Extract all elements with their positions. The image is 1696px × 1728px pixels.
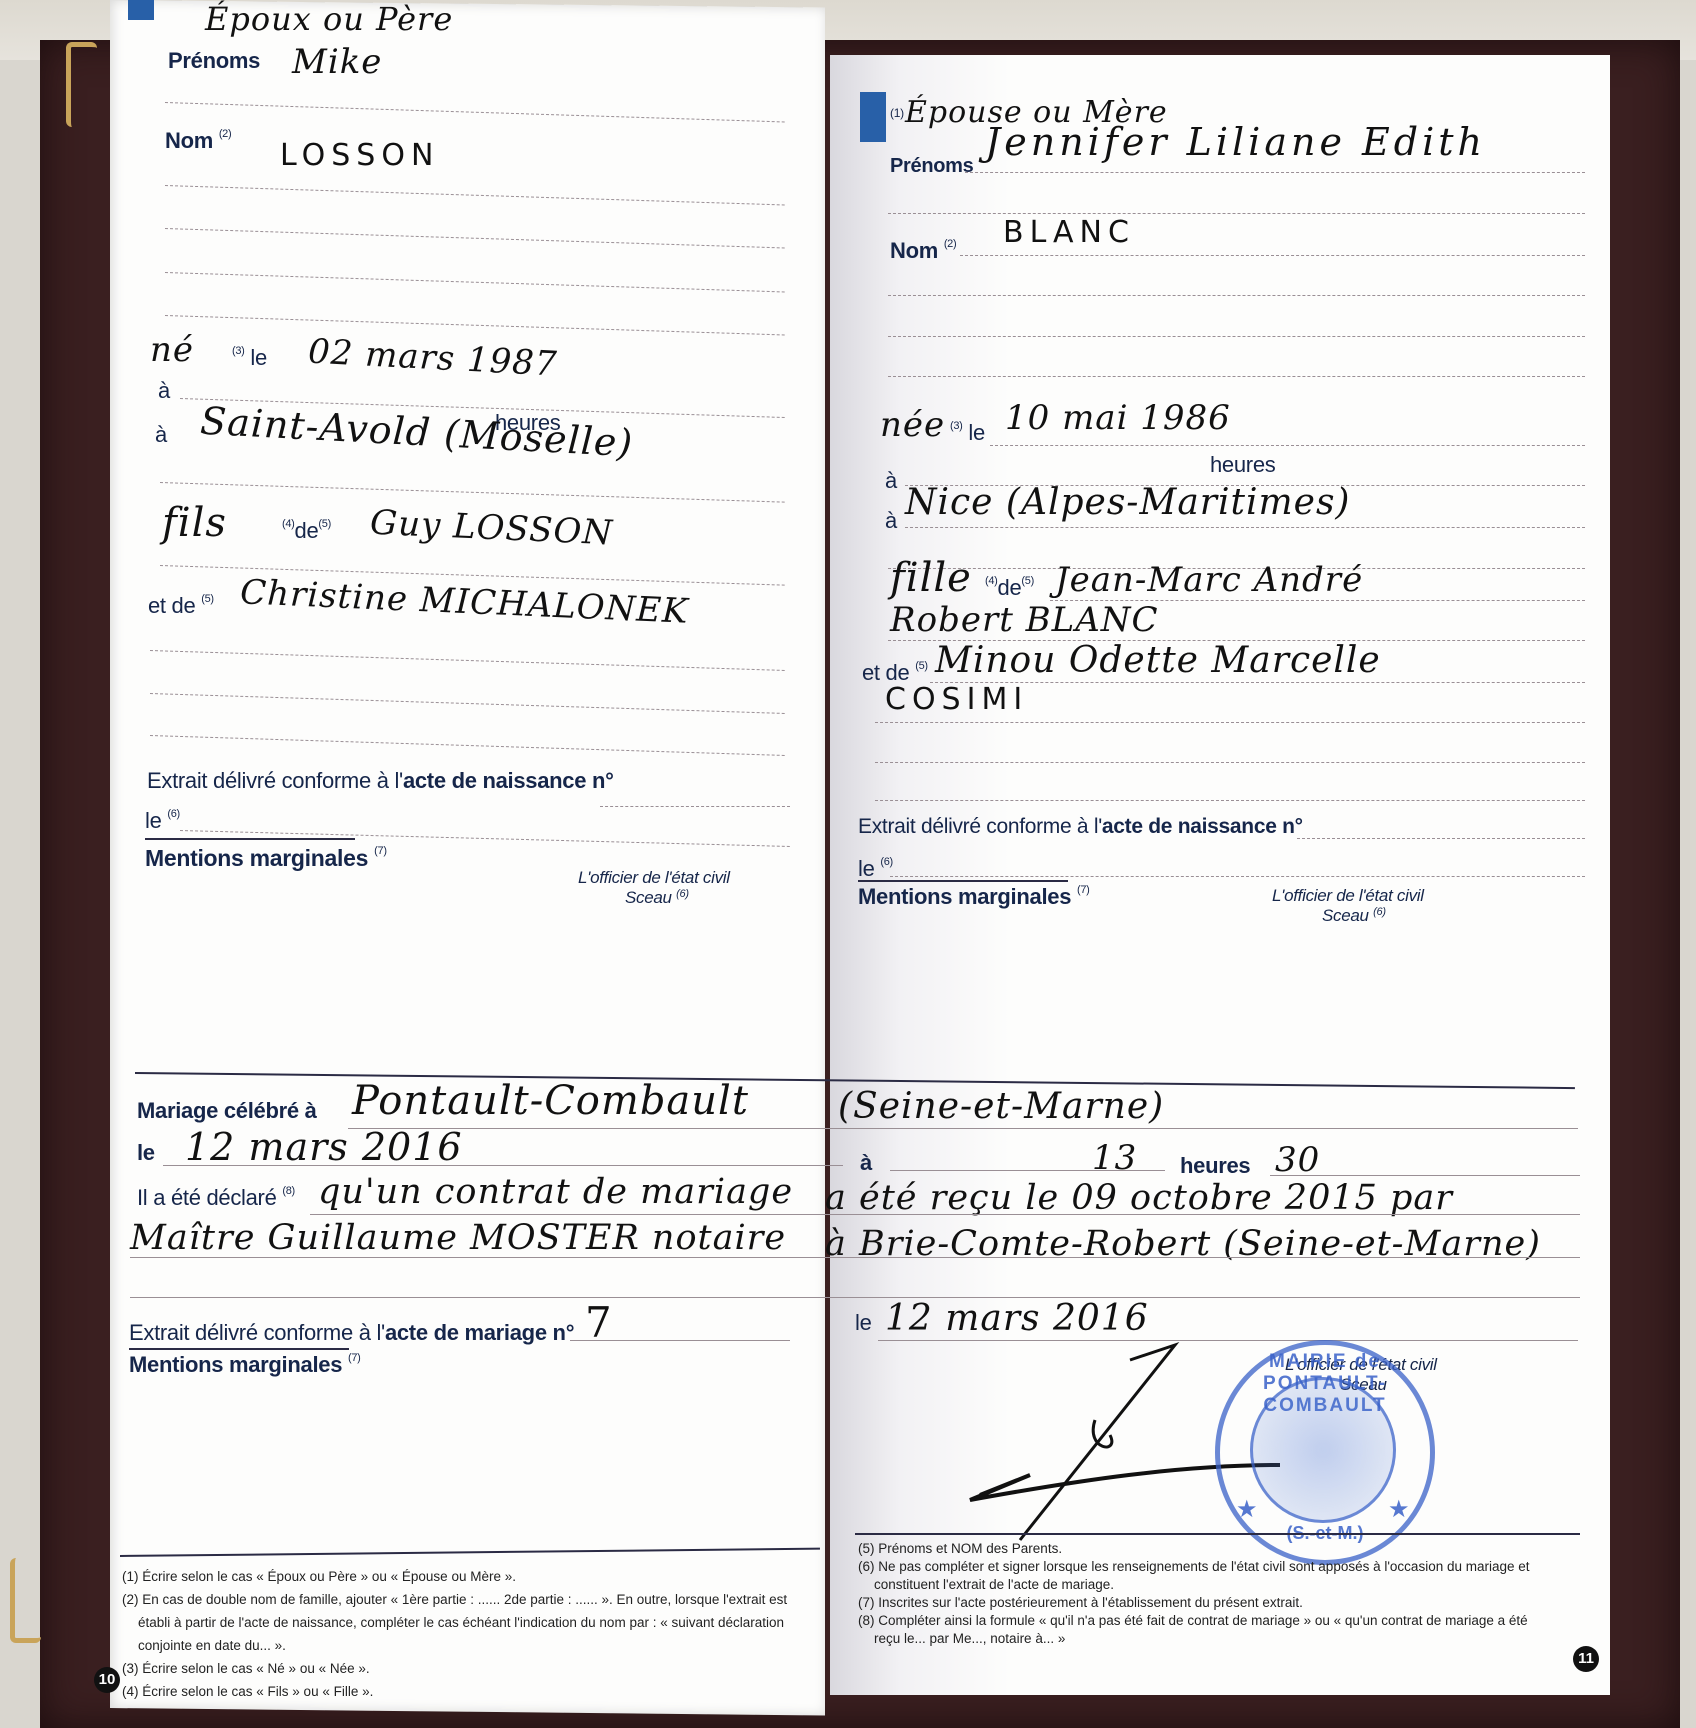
a-label: à — [885, 508, 897, 534]
footnote: établi à partir de l'acte de naissance, … — [138, 1614, 784, 1631]
rule — [875, 800, 1585, 801]
cover-corner-bottom — [10, 1558, 41, 1643]
page-tab-marker — [128, 0, 154, 20]
de-label: (4)de(5) — [985, 575, 1034, 601]
epouse-date-naissance: 10 mai 1986 — [1005, 398, 1231, 438]
epouse-prenoms: Jennifer Liliane Edith — [985, 120, 1486, 164]
rule — [570, 1340, 790, 1341]
epouse-mere-line2: COSIMI — [885, 682, 1028, 717]
mariage-departement: (Seine-et-Marne) — [838, 1086, 1164, 1127]
footnote: (7) Inscrites sur l'acte postérieurement… — [858, 1594, 1303, 1611]
epoux-filiation: fils — [162, 500, 227, 546]
declaration-line2b: à Brie-Comte-Robert (Seine-et-Marne) — [825, 1224, 1541, 1264]
a-label: à — [885, 468, 897, 494]
rule — [875, 722, 1585, 723]
rule — [888, 376, 1585, 377]
mariage-date: 12 mars 2016 — [185, 1125, 463, 1169]
page-tab-marker — [860, 92, 886, 142]
footnote: (3) Écrire selon le cas « Né » ou « Née … — [122, 1660, 370, 1677]
rule — [888, 336, 1585, 337]
sceau-label: Sceau (6) — [1322, 906, 1386, 926]
rule — [1270, 1175, 1580, 1176]
acte-naissance-no-field — [600, 806, 790, 807]
footnote: (1) Écrire selon le cas « Époux ou Père … — [122, 1568, 516, 1585]
rule — [990, 445, 1585, 446]
extrait-mariage-date: 12 mars 2016 — [885, 1298, 1149, 1339]
divider — [145, 838, 355, 840]
epouse-mere-line1: Minou Odette Marcelle — [935, 640, 1381, 681]
cover-corner-top — [66, 42, 97, 127]
divider — [858, 880, 1068, 882]
a-label: à — [860, 1150, 872, 1176]
nom-label: Nom (2) — [165, 128, 231, 154]
mariage-celebre-label: Mariage célébré à — [137, 1098, 317, 1124]
mentions-marginales-label: Mentions marginales (7) — [129, 1352, 361, 1378]
mariage-lieu: Pontault-Combault — [352, 1078, 749, 1124]
declaration-line1a: qu'un contrat de mariage — [318, 1172, 793, 1212]
prenoms-label: Prénoms — [890, 155, 974, 178]
le-label: le (6) — [858, 856, 893, 882]
le-label: (3) le — [950, 420, 985, 446]
page-number-right: 11 — [1573, 1646, 1599, 1672]
footnote: (6) Ne pas compléter et signer lorsque l… — [858, 1558, 1530, 1575]
rule — [888, 295, 1585, 296]
official-seal: MAIRIE de PONTAULT-COMBAULT ★ ★ (S.-et-M… — [1215, 1340, 1435, 1565]
rule — [130, 1257, 1580, 1258]
rule — [310, 1214, 1580, 1215]
seal-emblem — [1250, 1377, 1396, 1523]
mariage-minutes: 30 — [1275, 1140, 1320, 1180]
le-label: le (6) — [145, 808, 180, 834]
declare-label: Il a été déclaré (8) — [137, 1185, 295, 1211]
star-icon: ★ — [1236, 1495, 1258, 1524]
rule — [130, 1297, 1580, 1298]
epouse-filiation: fille — [890, 555, 972, 601]
mentions-marginales-label: Mentions marginales (7) — [858, 884, 1090, 910]
rule — [960, 255, 1585, 256]
epoux-prenoms: Mike — [292, 42, 382, 82]
rule — [875, 762, 1585, 763]
officier-label: L'officier de l'état civil — [1272, 886, 1424, 906]
le-label: le — [855, 1310, 872, 1336]
a-label: à — [155, 422, 167, 448]
le-label: (3) le — [232, 345, 267, 371]
footnote: (8) Compléter ainsi la formule « qu'il n… — [858, 1612, 1528, 1629]
footnote-divider — [855, 1533, 1580, 1535]
epouse-pere-line2: Robert BLANC — [890, 600, 1159, 640]
sceau-label: Sceau (6) — [625, 888, 689, 908]
epouse-nom: BLANC — [1003, 215, 1135, 250]
rule — [930, 682, 1585, 683]
star-icon: ★ — [1388, 1495, 1410, 1524]
heures-label: heures — [1180, 1153, 1250, 1179]
declaration-line1b: a été reçu le 09 octobre 2015 par — [825, 1178, 1453, 1218]
rule — [888, 213, 1585, 214]
page-number-left: 10 — [94, 1667, 120, 1693]
le-label: le — [137, 1140, 155, 1166]
footnote: reçu le... par Me..., notaire à... » — [874, 1630, 1065, 1647]
footnote: constituent l'extrait de l'acte de maria… — [874, 1576, 1114, 1593]
extrait-mariage-label: Extrait délivré conforme à l'acte de mar… — [129, 1320, 574, 1346]
divider — [129, 1348, 349, 1350]
footnote: (2) En cas de double nom de famille, ajo… — [122, 1591, 787, 1608]
footnote: (5) Prénoms et NOM des Parents. — [858, 1540, 1062, 1557]
footnote: (4) Écrire selon le cas « Fils » ou « Fi… — [122, 1683, 373, 1700]
officier-label: L'officier de l'état civil — [578, 868, 730, 888]
rule — [965, 172, 1585, 173]
extrait-naissance-label: Extrait délivré conforme à l'acte de nai… — [858, 815, 1303, 839]
et-de-label: et de (5) — [148, 593, 214, 619]
epoux-nom: LOSSON — [280, 138, 439, 173]
prenoms-label: Prénoms — [168, 48, 260, 74]
mentions-marginales-label: Mentions marginales (7) — [145, 845, 387, 872]
epoux-ne-label: né — [150, 330, 194, 370]
nom-label: Nom (2) — [890, 238, 956, 264]
mariage-heure: 13 — [1092, 1138, 1137, 1178]
epouse-ne-label: née — [880, 405, 945, 445]
rule — [163, 1165, 843, 1166]
epouse-lieu-naissance: Nice (Alpes-Maritimes) — [905, 482, 1350, 523]
epouse-pere-line1: Jean-Marc André — [1055, 560, 1363, 600]
extrait-naissance-label: Extrait délivré conforme à l'acte de nai… — [147, 768, 614, 794]
extrait-date-field — [890, 876, 1585, 877]
acte-naissance-no-field — [1297, 838, 1585, 839]
rule — [348, 1128, 1578, 1129]
de-label: (4)de(5) — [282, 518, 331, 544]
heures-label: heures — [1210, 452, 1275, 478]
footnote: conjointe en date du... ». — [138, 1637, 286, 1654]
epoux-role: Époux ou Père — [205, 0, 453, 38]
a-label: à — [158, 378, 170, 404]
rule — [905, 527, 1585, 528]
sup-1: (1) — [890, 106, 904, 120]
declaration-line2a: Maître Guillaume MOSTER notaire — [130, 1218, 786, 1258]
